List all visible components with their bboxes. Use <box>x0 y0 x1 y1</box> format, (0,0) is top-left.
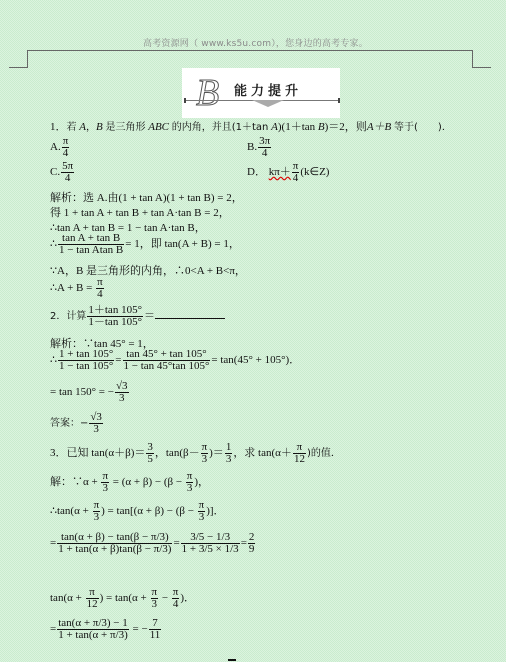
q1-solution-line-2: 得 1 + tan A + tan B + tan A·tan B = 2， <box>50 204 230 220</box>
q1-option-a: A.π4 <box>50 136 70 159</box>
q1-solution-line-1: 解析：选 A.由(1 + tan A)(1 + tan B) = 2， <box>50 189 243 205</box>
q2-stem: 2．计算1＋tan 105°1－tan 105°＝ <box>50 305 225 328</box>
banner-rule-cap-left <box>184 98 186 103</box>
q2-solution-line-2: ∴1 + tan 105°1 − tan 105°=tan 45° + tan … <box>50 349 300 372</box>
header-rule-right-drop <box>472 50 473 67</box>
q2-solution-line-3: = tan 150° = −√33 <box>50 381 130 404</box>
header-rule-left-drop <box>27 50 28 67</box>
q1-stem: 1．若 A，B 是三角形 ABC 的内角，并且(1＋tan A)(1＋tan B… <box>50 118 452 134</box>
q1-solution-line-5: ∵A，B 是三角形的内角，∴0<A + B<π， <box>50 262 246 278</box>
q3-solution-line-5: =tan(α + π/3) − 11 + tan(α + π/3) = −711 <box>50 618 162 641</box>
banner-rule-cap-right <box>338 98 340 103</box>
q3-solution-line-2: ∴tan(α + π3) = tan[(α + β) − (β − π3)]． <box>50 500 225 523</box>
section-banner: B 能力提升 <box>182 68 340 118</box>
q1-option-c: C.5π4 <box>50 161 75 184</box>
letter-b-logo-icon: B <box>196 74 219 112</box>
q1-solution-line-6: ∴A + B = π4 <box>50 277 105 300</box>
q1-option-d: D． kπ＋π4(k∈Z) <box>247 161 329 184</box>
site-header-text: 高考资源网（ www.ks5u.com），您身边的高考专家。 <box>143 36 368 49</box>
q3-solution-line-4: tan(α + π12) = tan(α + π3 − π4)． <box>50 587 195 610</box>
header-rule-left-tail <box>9 67 28 68</box>
q1-solution-line-4: ∴tan A + tan B1 − tan Atan B= 1，即 tan(A … <box>50 233 240 256</box>
q3-solution-line-1: 解：∵α + π3 = (α + β) − (β − π3)， <box>50 471 209 494</box>
answer-blank <box>155 308 225 319</box>
header-rule-right-tail <box>472 67 491 68</box>
text-cursor <box>228 659 236 661</box>
q2-answer: 答案：−√33 <box>50 412 104 435</box>
header-rule-top <box>27 50 473 51</box>
section-title: 能力提升 <box>234 80 302 99</box>
q3-stem: 3．已知 tan(α＋β)＝35，tan(β－π3)＝13，求 tan(α＋π1… <box>50 442 341 465</box>
chevron-down-icon <box>252 100 284 107</box>
q1-option-b: B.3π4 <box>247 136 272 159</box>
q3-solution-line-3: =tan(α + β) − tan(β − π/3)1 + tan(α + β)… <box>50 532 256 555</box>
